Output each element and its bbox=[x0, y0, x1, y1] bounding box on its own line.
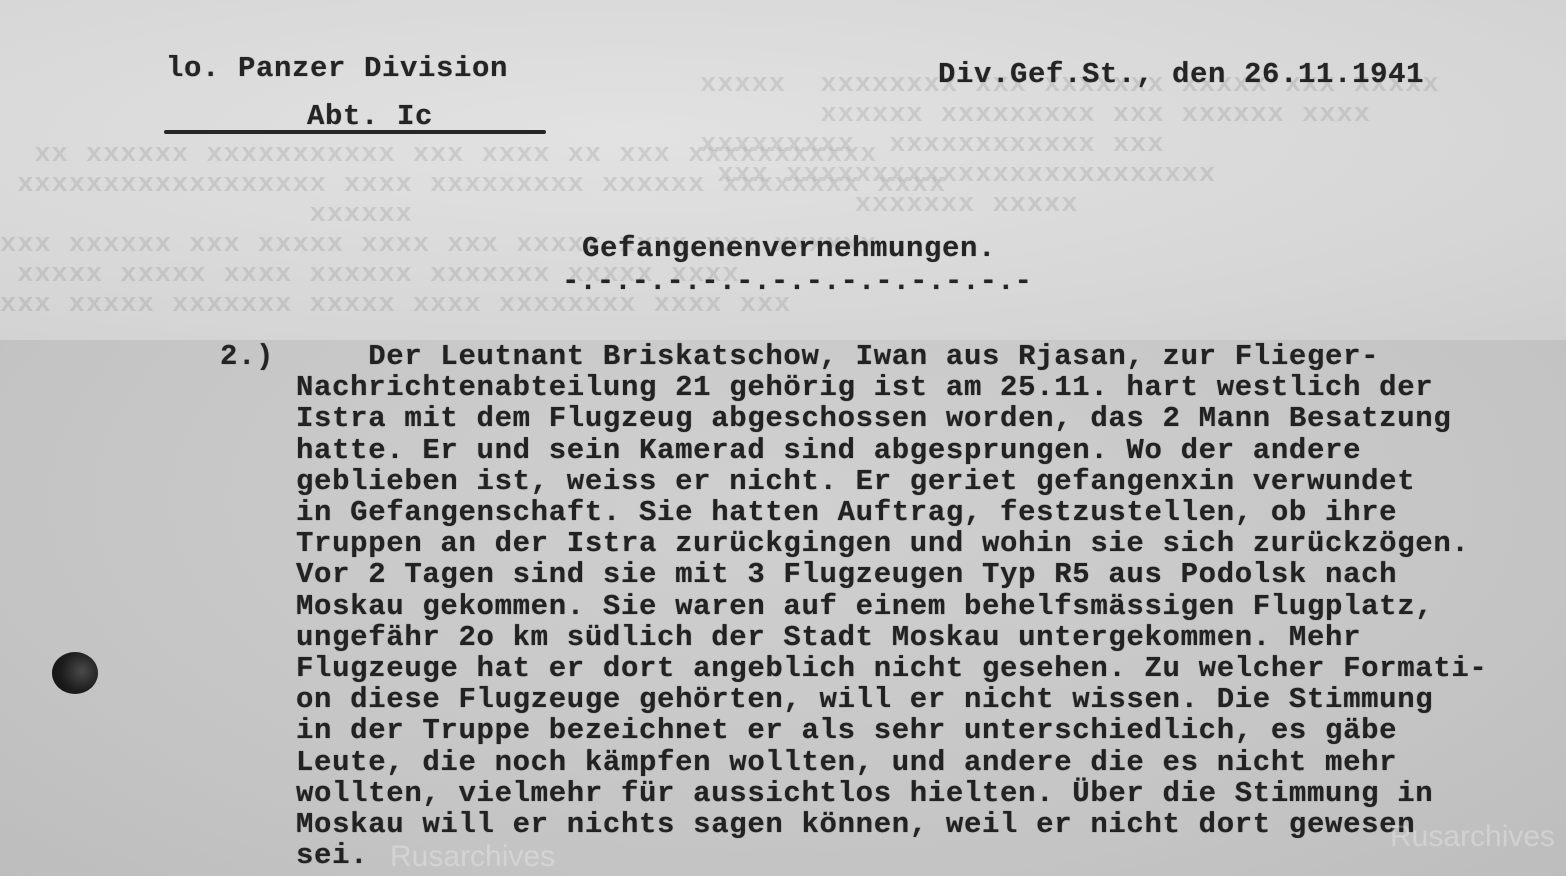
text-line: Flugzeuge hat er dort angeblich nicht ge… bbox=[296, 652, 1488, 685]
document-title: Gefangenenvernehmungen. bbox=[582, 232, 996, 265]
text-line: ungefähr 2o km südlich der Stadt Moskau … bbox=[296, 621, 1361, 654]
text-line: Leute, die noch kämpfen wollten, und and… bbox=[296, 746, 1397, 779]
text-line: geblieben ist, weiss er nicht. Er geriet… bbox=[296, 465, 1415, 498]
text-line: Moskau will er nichts sagen können, weil… bbox=[296, 808, 1415, 841]
text-line: in Gefangenschaft. Sie hatten Auftrag, f… bbox=[296, 496, 1397, 529]
punch-hole bbox=[52, 652, 98, 694]
text-line: Istra mit dem Flugzeug abgeschossen word… bbox=[296, 402, 1451, 435]
text-line: in der Truppe bezeichnet er als sehr unt… bbox=[296, 714, 1397, 747]
unit-heading: lo. Panzer Division bbox=[166, 52, 508, 85]
title-underline: -.-.-.-.-.-.-.-.-.-.-.-.-.- bbox=[562, 265, 1032, 298]
text-line: Moskau gekommen. Sie waren auf einem beh… bbox=[296, 590, 1433, 623]
watermark: Rusarchives bbox=[390, 840, 555, 874]
text-line: Der Leutnant Briskatschow, Iwan aus Rjas… bbox=[296, 340, 1379, 373]
text-line: on diese Flugzeuge gehörten, will er nic… bbox=[296, 683, 1433, 716]
text-line: Nachrichtenabteilung 21 gehörig ist am 2… bbox=[296, 371, 1433, 404]
text-line: Truppen an der Istra zurückgingen und wo… bbox=[296, 527, 1469, 560]
header-underline bbox=[164, 130, 546, 134]
item-number: 2.) bbox=[220, 340, 274, 373]
department-heading: Abt. Ic bbox=[307, 100, 433, 133]
watermark: Rusarchives bbox=[1390, 820, 1555, 854]
place-date: Div.Gef.St., den 26.11.1941 bbox=[938, 58, 1424, 91]
text-line: sei. bbox=[296, 839, 368, 872]
text-line: wollten, vielmehr für aussichtlos hielte… bbox=[296, 777, 1433, 810]
text-line: Vor 2 Tagen sind sie mit 3 Flugzeugen Ty… bbox=[296, 558, 1397, 591]
text-line: hatte. Er und sein Kamerad sind abgespru… bbox=[296, 434, 1361, 467]
